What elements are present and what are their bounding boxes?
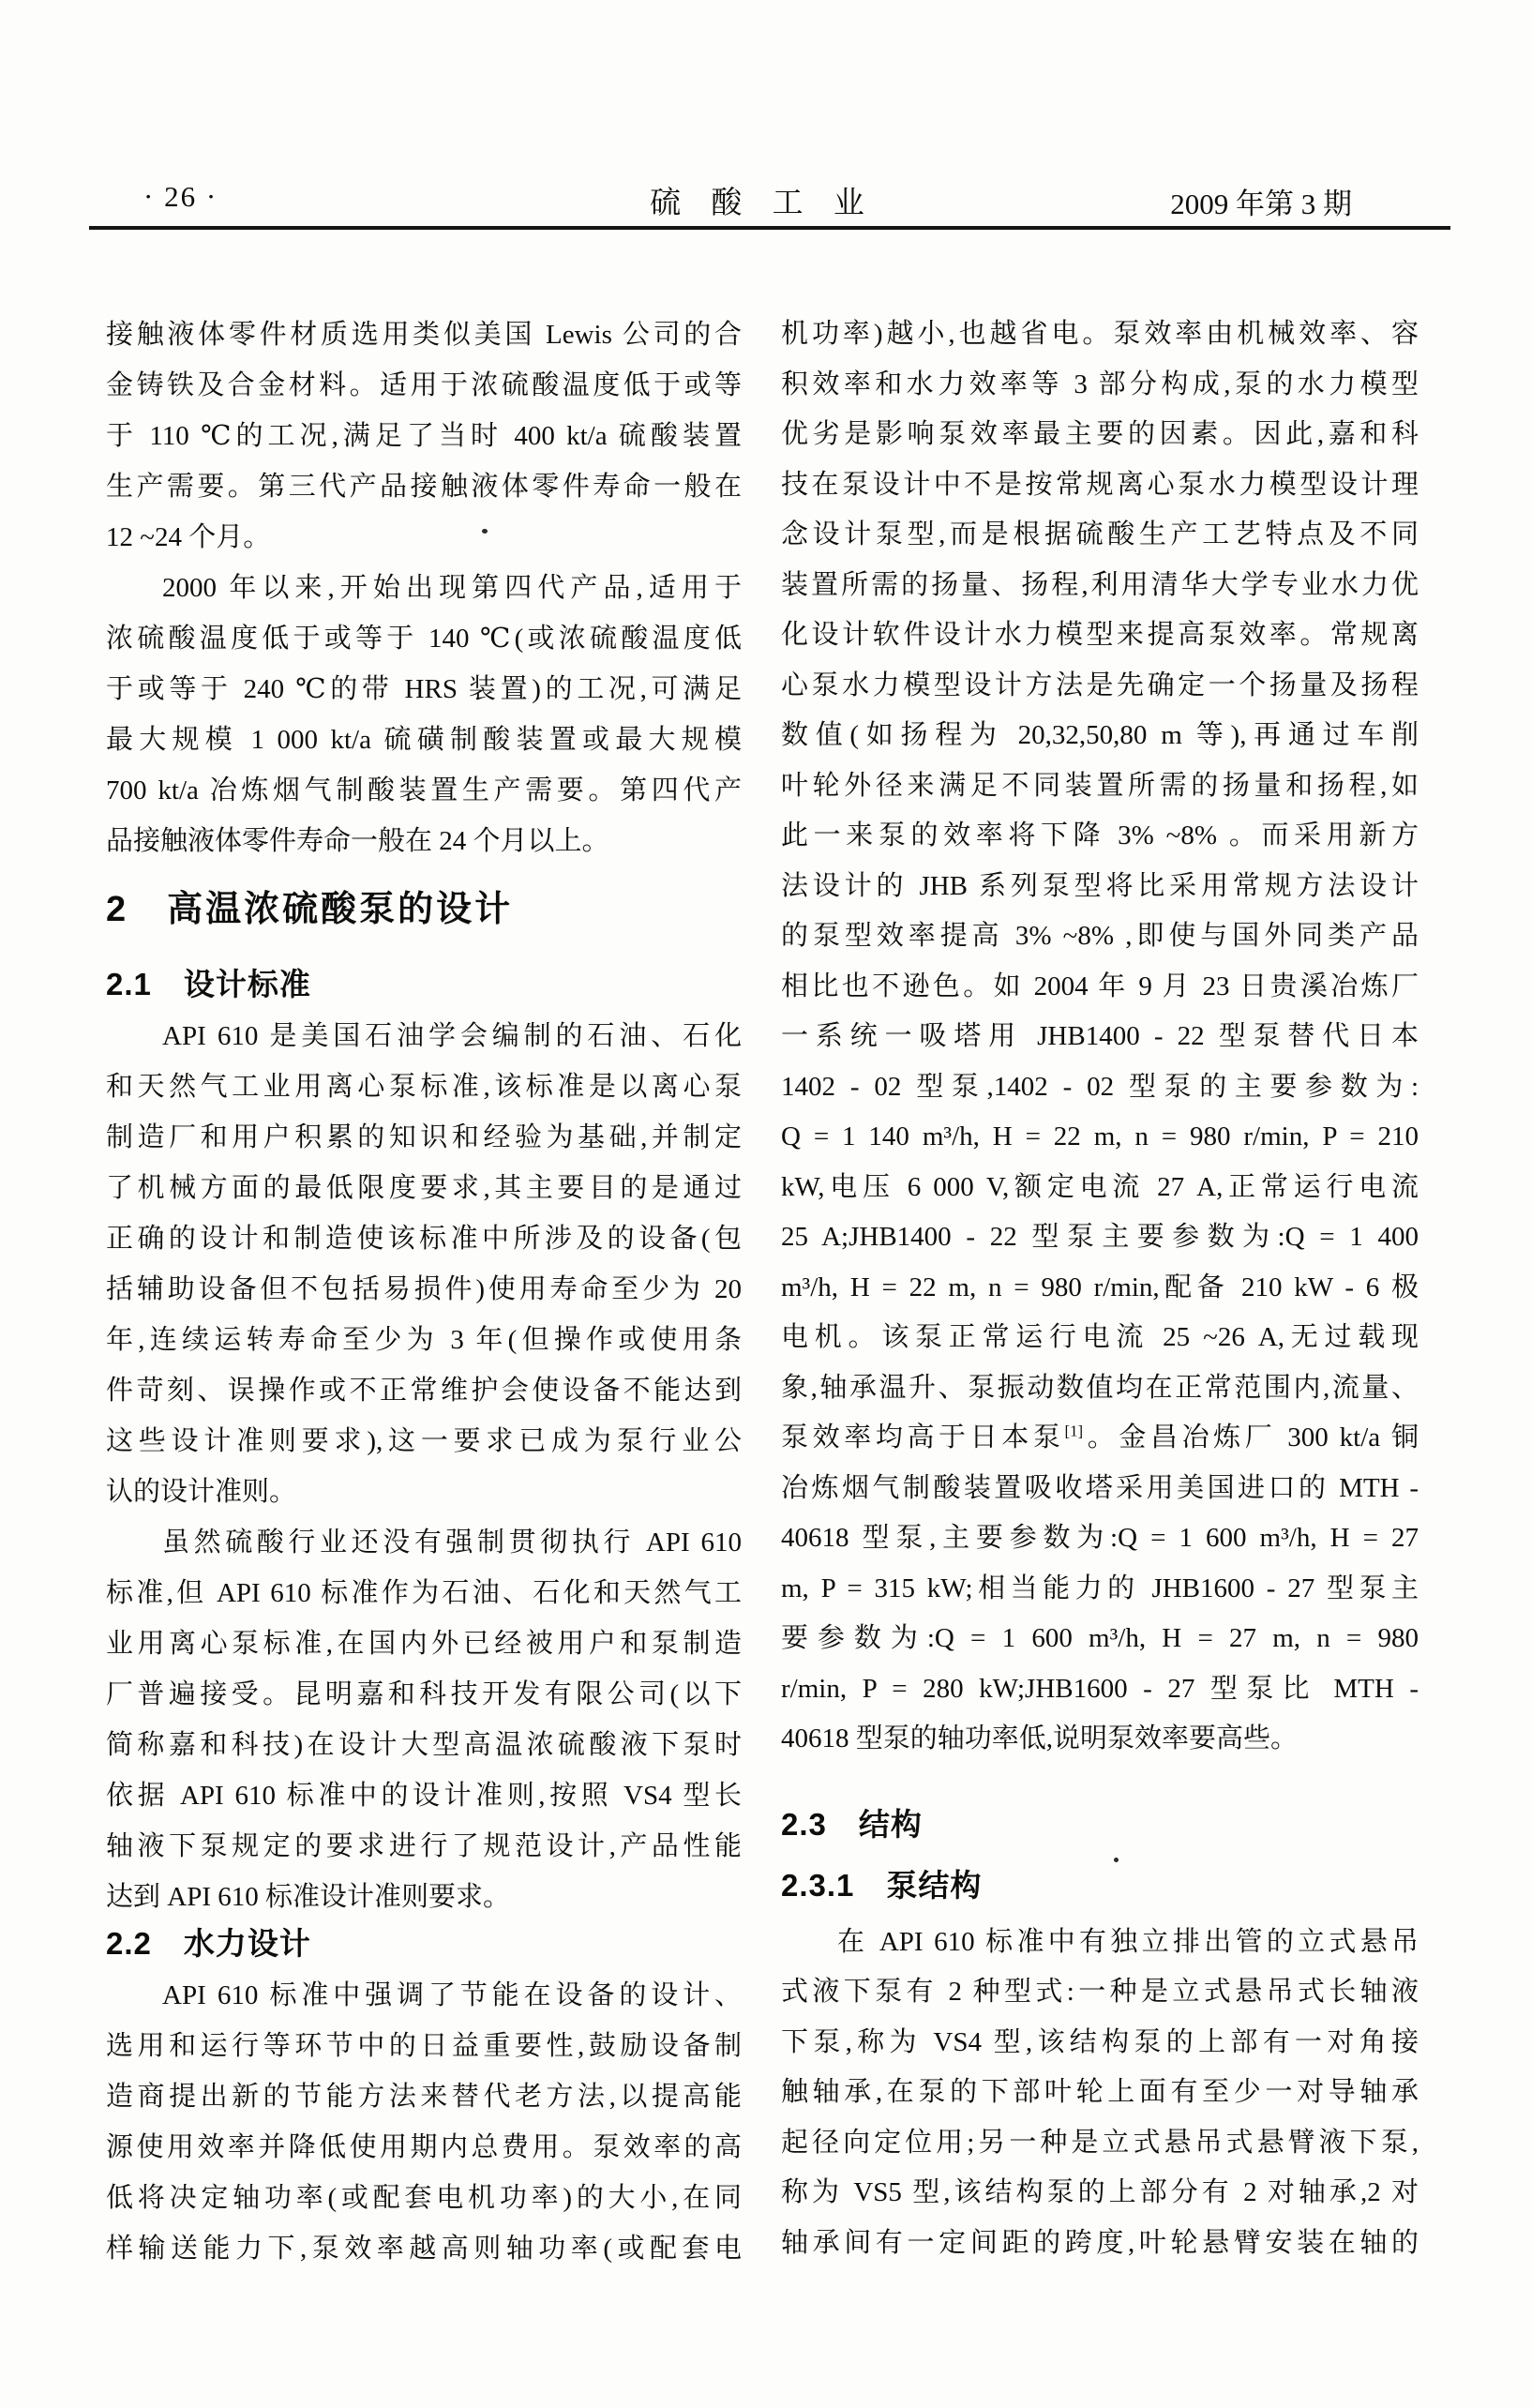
text-line: 叶轮外径来满足不同装置所需的扬量和扬程,如 — [781, 761, 1419, 812]
paragraph: 接触液体零件材质选用类似美国 Lewis 公司的合金铸铁及合金材料。适用于浓硫酸… — [106, 309, 742, 563]
text-line: 此一来泵的效率将下降 3% ~8% 。而采用新方 — [781, 811, 1419, 862]
text-line: 于或等于 240 ℃的带 HRS 装置)的工况,可满足 — [106, 664, 742, 715]
text-segment: 。金昌冶炼厂 300 kt/a 铜 — [1083, 1422, 1419, 1452]
text-line: 括辅助设备但不包括易损件)使用寿命至少为 20 — [106, 1264, 742, 1315]
text-line: 法设计的 JHB 系列泵型将比采用常规方法设计 — [781, 862, 1419, 912]
text-line: 要参数为:Q = 1 600 m³/h, H = 27 m, n = 980 — [781, 1614, 1419, 1664]
text-line: 1402 - 02 型泵,1402 - 02 型泵的主要参数为: — [781, 1062, 1419, 1113]
text-line: 样输送能力下,泵效率越高则轴功率(或配套电 — [106, 2223, 742, 2274]
text-line: 机功率)越小,也越省电。泵效率由机械效率、容 — [781, 309, 1419, 360]
text-line: 40618 型泵的轴功率低,说明泵效率要高些。 — [781, 1714, 1419, 1765]
text-line: Q = 1 140 m³/h, H = 22 m, n = 980 r/min,… — [781, 1112, 1419, 1163]
text-line: 正确的设计和制造使该标准中所涉及的设备(包 — [106, 1213, 742, 1264]
text-line: 源使用效率并降低使用期内总费用。泵效率的高 — [106, 2122, 742, 2173]
text-line: 轴承间有一定间距的跨度,叶轮悬臂安装在轴的 — [781, 2219, 1419, 2269]
text-line: 优劣是影响泵效率最主要的因素。因此,嘉和科 — [781, 410, 1419, 460]
text-line: 于 110 ℃的工况,满足了当时 400 kt/a 硫酸装置 — [106, 411, 742, 461]
text-line: API 610 是美国石油学会编制的石油、石化 — [106, 1011, 742, 1061]
text-line: 轴液下泵规定的要求进行了规范设计,产品性能 — [106, 1821, 742, 1872]
text-line: 这些设计准则要求),这一要求已成为泵行业公 — [106, 1416, 742, 1467]
text-line: 化设计软件设计水力模型来提高泵效率。常规离 — [781, 610, 1419, 661]
section-heading: 2.1 设计标准 — [106, 966, 742, 1003]
text-line: 浓硫酸温度低于或等于 140 ℃(或浓硫酸温度低 — [106, 613, 742, 664]
text-line: 的泵型效率提高 3% ~8% ,即使与国外同类产品 — [781, 911, 1419, 962]
text-line: 触轴承,在泵的下部叶轮上面有至少一对导轴承 — [781, 2068, 1419, 2118]
section-heading: 2.3.1 泵结构 — [781, 1867, 1419, 1904]
paragraph: 机功率)越小,也越省电。泵效率由机械效率、容积效率和水力效率等 3 部分构成,泵… — [781, 309, 1419, 1765]
text-line: 40618 型泵,主要参数为:Q = 1 600 m³/h, H = 27 — [781, 1513, 1419, 1564]
text-line: 在 API 610 标准中有独立排出管的立式悬吊 — [781, 1918, 1419, 1968]
paragraph: 2000 年以来,开始出现第四代产品,适用于浓硫酸温度低于或等于 140 ℃(或… — [106, 563, 742, 866]
text-line: 品接触液体零件寿命一般在 24 个月以上。 — [106, 816, 742, 866]
text-line: 件苛刻、误操作或不正常维护会使设备不能达到 — [106, 1365, 742, 1416]
text-line: 业用离心泵标准,在国内外已经被用户和泵制造 — [106, 1618, 742, 1669]
left-column: 接触液体零件材质选用类似美国 Lewis 公司的合金铸铁及合金材料。适用于浓硫酸… — [106, 309, 742, 2274]
text-line: 一系统一吸塔用 JHB1400 - 22 型泵替代日本 — [781, 1012, 1419, 1062]
text-line: 冶炼烟气制酸装置吸收塔采用美国进口的 MTH - — [781, 1464, 1419, 1514]
text-line: r/min, P = 280 kW;JHB1600 - 27 型泵比 MTH - — [781, 1664, 1419, 1715]
text-line: 虽然硫酸行业还没有强制贯彻执行 API 610 — [106, 1517, 742, 1568]
reference-superscript: [1] — [1065, 1422, 1084, 1439]
text-line: 选用和运行等环节中的日益重要性,鼓励设备制 — [106, 2021, 742, 2071]
text-line: 象,轴承温升、泵振动数值均在正常范围内,流量、 — [781, 1363, 1419, 1414]
text-line: 数值(如扬程为 20,32,50,80 m 等),再通过车削 — [781, 711, 1419, 761]
section-heading: 2.2 水力设计 — [106, 1925, 742, 1963]
right-column: 机功率)越小,也越省电。泵效率由机械效率、容积效率和水力效率等 3 部分构成,泵… — [781, 309, 1419, 2268]
issue-label: 2009 年第 3 期 — [1170, 180, 1352, 222]
journal-page: · 26 · 硫 酸 工 业 2009 年第 3 期 接触液体零件材质选用类似美… — [0, 0, 1532, 2408]
section-heading: 2 高温浓硫酸泵的设计 — [106, 888, 742, 931]
text-line: 12 ~24 个月。 — [106, 512, 742, 563]
text-line: 相比也不逊色。如 2004 年 9 月 23 日贵溪冶炼厂 — [781, 962, 1419, 1013]
text-line: 金铸铁及合金材料。适用于浓硫酸温度低于或等 — [106, 360, 742, 411]
text-line: 制造厂和用户积累的知识和经验为基础,并制定 — [106, 1112, 742, 1163]
text-line: 简称嘉和科技)在设计大型高温浓硫酸液下泵时 — [106, 1720, 742, 1770]
text-line: 式液下泵有 2 种型式:一种是立式悬吊式长轴液 — [781, 1967, 1419, 2018]
scan-artifact-dot — [1114, 1858, 1119, 1862]
scan-artifact-dot — [482, 529, 488, 534]
journal-title: 硫 酸 工 业 — [650, 178, 876, 222]
text-line: 生产需要。第三代产品接触液体零件寿命一般在 — [106, 461, 742, 512]
text-line: 依据 API 610 标准中的设计准则,按照 VS4 型长 — [106, 1770, 742, 1821]
text-line: 下泵,称为 VS4 型,该结构泵的上部有一对角接 — [781, 2018, 1419, 2069]
header-rule — [89, 226, 1450, 230]
text-line: 厂普遍接受。昆明嘉和科技开发有限公司(以下 — [106, 1669, 742, 1720]
text-segment: 泵效率均高于日本泵 — [781, 1422, 1065, 1452]
text-line: 标准,但 API 610 标准作为石油、石化和天然气工 — [106, 1568, 742, 1618]
text-line: 2000 年以来,开始出现第四代产品,适用于 — [106, 563, 742, 613]
text-line: m, P = 315 kW;相当能力的 JHB1600 - 27 型泵主 — [781, 1564, 1419, 1615]
text-line: 电机。该泵正常运行电流 25 ~26 A,无过载现 — [781, 1313, 1419, 1363]
text-line: 最大规模 1 000 kt/a 硫磺制酸装置或最大规模 — [106, 715, 742, 765]
text-line: 认的设计准则。 — [106, 1467, 742, 1517]
text-line: 装置所需的扬量、扬程,利用清华大学专业水力优 — [781, 561, 1419, 611]
text-line: 年,连续运转寿命至少为 3 年(但操作或使用条 — [106, 1315, 742, 1365]
text-line: 25 A;JHB1400 - 22 型泵主要参数为:Q = 1 400 — [781, 1212, 1419, 1263]
text-line: 念设计泵型,而是根据硫酸生产工艺特点及不同 — [781, 510, 1419, 561]
text-line: 起径向定位用;另一种是立式悬吊式悬臂液下泵, — [781, 2118, 1419, 2169]
text-line: 和天然气工业用离心泵标准,该标准是以离心泵 — [106, 1061, 742, 1112]
text-line: m³/h, H = 22 m, n = 980 r/min,配备 210 kW … — [781, 1263, 1419, 1314]
section-heading: 2.3 结构 — [781, 1806, 1419, 1844]
text-line: 达到 API 610 标准设计准则要求。 — [106, 1872, 742, 1922]
text-line: kW,电压 6 000 V,额定电流 27 A,正常运行电流 — [781, 1163, 1419, 1213]
text-line: 低将决定轴功率(或配套电机功率)的大小,在同 — [106, 2173, 742, 2223]
text-line: 了机械方面的最低限度要求,其主要目的是通过 — [106, 1163, 742, 1213]
text-line: 700 kt/a 冶炼烟气制酸装置生产需要。第四代产 — [106, 765, 742, 816]
page-number: · 26 · — [143, 180, 218, 214]
paragraph: 在 API 610 标准中有独立排出管的立式悬吊式液下泵有 2 种型式:一种是立… — [781, 1918, 1419, 2269]
paragraph: API 610 是美国石油学会编制的石油、石化和天然气工业用离心泵标准,该标准是… — [106, 1011, 742, 1517]
text-line: 技在泵设计中不是按常规离心泵水力模型设计理 — [781, 460, 1419, 511]
text-line: 称为 VS5 型,该结构泵的上部分有 2 对轴承,2 对 — [781, 2168, 1419, 2219]
text-line: 心泵水力模型设计方法是先确定一个扬量及扬程 — [781, 661, 1419, 712]
paragraph: API 610 标准中强调了节能在设备的设计、选用和运行等环节中的日益重要性,鼓… — [106, 1970, 742, 2274]
text-line: 造商提出新的节能方法来替代老方法,以提高能 — [106, 2071, 742, 2122]
text-line: 泵效率均高于日本泵[1]。金昌冶炼厂 300 kt/a 铜 — [781, 1413, 1419, 1464]
paragraph: 虽然硫酸行业还没有强制贯彻执行 API 610标准,但 API 610 标准作为… — [106, 1517, 742, 1922]
text-line: 积效率和水力效率等 3 部分构成,泵的水力模型 — [781, 360, 1419, 411]
page-header: · 26 · 硫 酸 工 业 2009 年第 3 期 — [106, 176, 1419, 219]
text-line: API 610 标准中强调了节能在设备的设计、 — [106, 1970, 742, 2021]
text-line: 接触液体零件材质选用类似美国 Lewis 公司的合 — [106, 309, 742, 360]
